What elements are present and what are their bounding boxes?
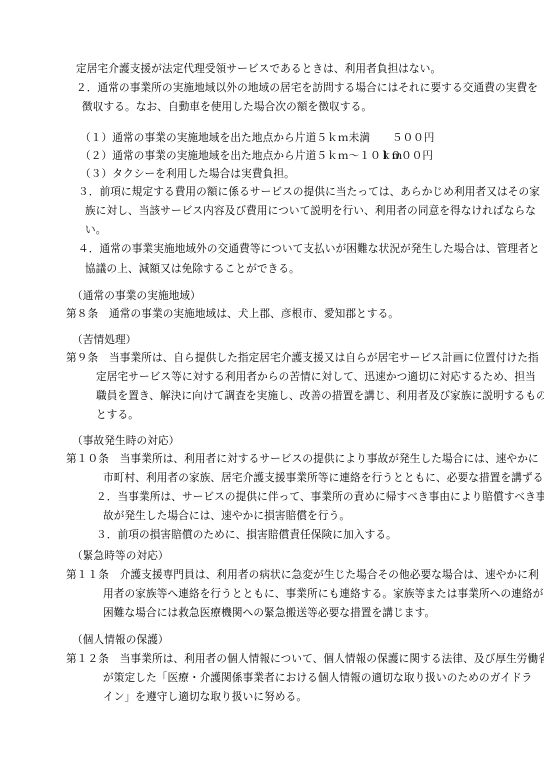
article-10-clause-3: ３．前項の損害賠償のために、損害賠償責任保険に加入する。 [96, 528, 397, 542]
fee-item-1-label: （１）通常の事業の実施地域を出た地点から片道５ｋｍ未満 [80, 131, 370, 145]
article-10-cont-1: 市町村、利用者の家族、居宅介護支援事業所等に連絡を行うとともに、必要な措置を講ず… [103, 471, 544, 485]
article-11: 第１１条 介護支援専門員は、利用者の病状に急変が生じた場合その他必要な場合は、速… [66, 568, 539, 582]
text-line-clause-4: ４．通常の事業実施地域外の交通費等について支払いが困難な状況が発生した場合は、管… [78, 242, 540, 256]
fee-item-3-label: （３）タクシーを利用した場合は実費負担。 [80, 167, 295, 181]
document-page: 定居宅介護支援が法定代理受領サービスであるときは、利用者負担はない。 ２．通常の… [0, 0, 544, 769]
section-heading-service-area: （通常の事業の実施地域） [72, 289, 201, 303]
article-9-cont-1: 定居宅サービス等に対する利用者からの苦情に対して、迅速かつ適切に対応するため、担… [96, 370, 536, 384]
article-12-cont-2: イン」を遵守し適切な取り扱いに努める。 [103, 690, 307, 704]
text-line-clause-4-cont: 協議の上、減額又は免除することができる。 [85, 262, 300, 276]
fee-item-1-amount: ５００円 [392, 131, 434, 145]
text-line-clause-3-cont: 族に対し、当該サービス内容及び費用について説明を行い、利用者の同意を得なければな… [85, 204, 536, 218]
article-10: 第１０条 当事業所は、利用者に対するサービスの提供により事故が発生した場合には、… [66, 452, 539, 466]
article-11-cont-1: 用者の家族等へ連絡を行うとともに、事業所にも連絡する。家族等または事業所への連絡… [103, 587, 544, 601]
article-10-clause-2: ２．当事業所は、サービスの提供に伴って、事業所の責めに帰すべき事由により賠償すべ… [96, 490, 544, 504]
text-line-transport-fee: ２．通常の事業所の実施地域以外の地域の居宅を訪問する場合にはそれに要する交通費の… [76, 81, 538, 95]
article-8: 第８条 通常の事業の実施地域は、犬上郡、彦根市、愛知郡とする。 [66, 307, 399, 321]
text-line-transport-fee-cont: 徴収する。なお、自動車を使用した場合次の額を徴収する。 [82, 100, 372, 114]
article-9: 第９条 当事業所は、自ら提供した指定居宅介護支援又は自らが居宅サービス計画に位置… [66, 351, 539, 365]
article-9-cont-2: 職員を置き、解決に向けて調査を実施し、改善の措置を講じ、利用者及び家族に説明する… [96, 389, 544, 403]
fee-item-2-amount: １０００円 [380, 149, 433, 163]
fee-item-2-label: （２）通常の事業の実施地域を出た地点から片道５ｋｍ～１０ｋｍ [80, 149, 402, 163]
text-line-clause-3: ３．前項に規定する費用の額に係るサービスの提供に当たっては、あらかじめ利用者又は… [78, 185, 540, 199]
section-heading-accidents: （事故発生時の対応） [72, 434, 179, 448]
text-line-fee-burden: 定居宅介護支援が法定代理受領サービスであるときは、利用者負担はない。 [76, 62, 441, 76]
article-9-cont-3: とする。 [96, 408, 139, 422]
section-heading-complaints: （苦情処理） [72, 333, 136, 347]
article-11-cont-2: 困難な場合には救急医療機関への緊急搬送等必要な措置を講じます。 [103, 606, 435, 620]
article-10-clause-2-cont: 故が発生した場合には、速やかに損害賠償を行う。 [103, 509, 350, 523]
article-12-cont-1: が策定した「医療・介護関係事業者における個人情報の適切な取り扱いのためのガイドラ [103, 671, 532, 685]
section-heading-emergency: （緊急時等の対応） [72, 549, 169, 563]
section-heading-privacy: （個人情報の保護） [72, 633, 169, 647]
article-12: 第１２条 当事業所は、利用者の個人情報について、個人情報の保護に関する法律、及び… [66, 652, 544, 666]
text-line-clause-3-end: い。 [85, 223, 107, 237]
